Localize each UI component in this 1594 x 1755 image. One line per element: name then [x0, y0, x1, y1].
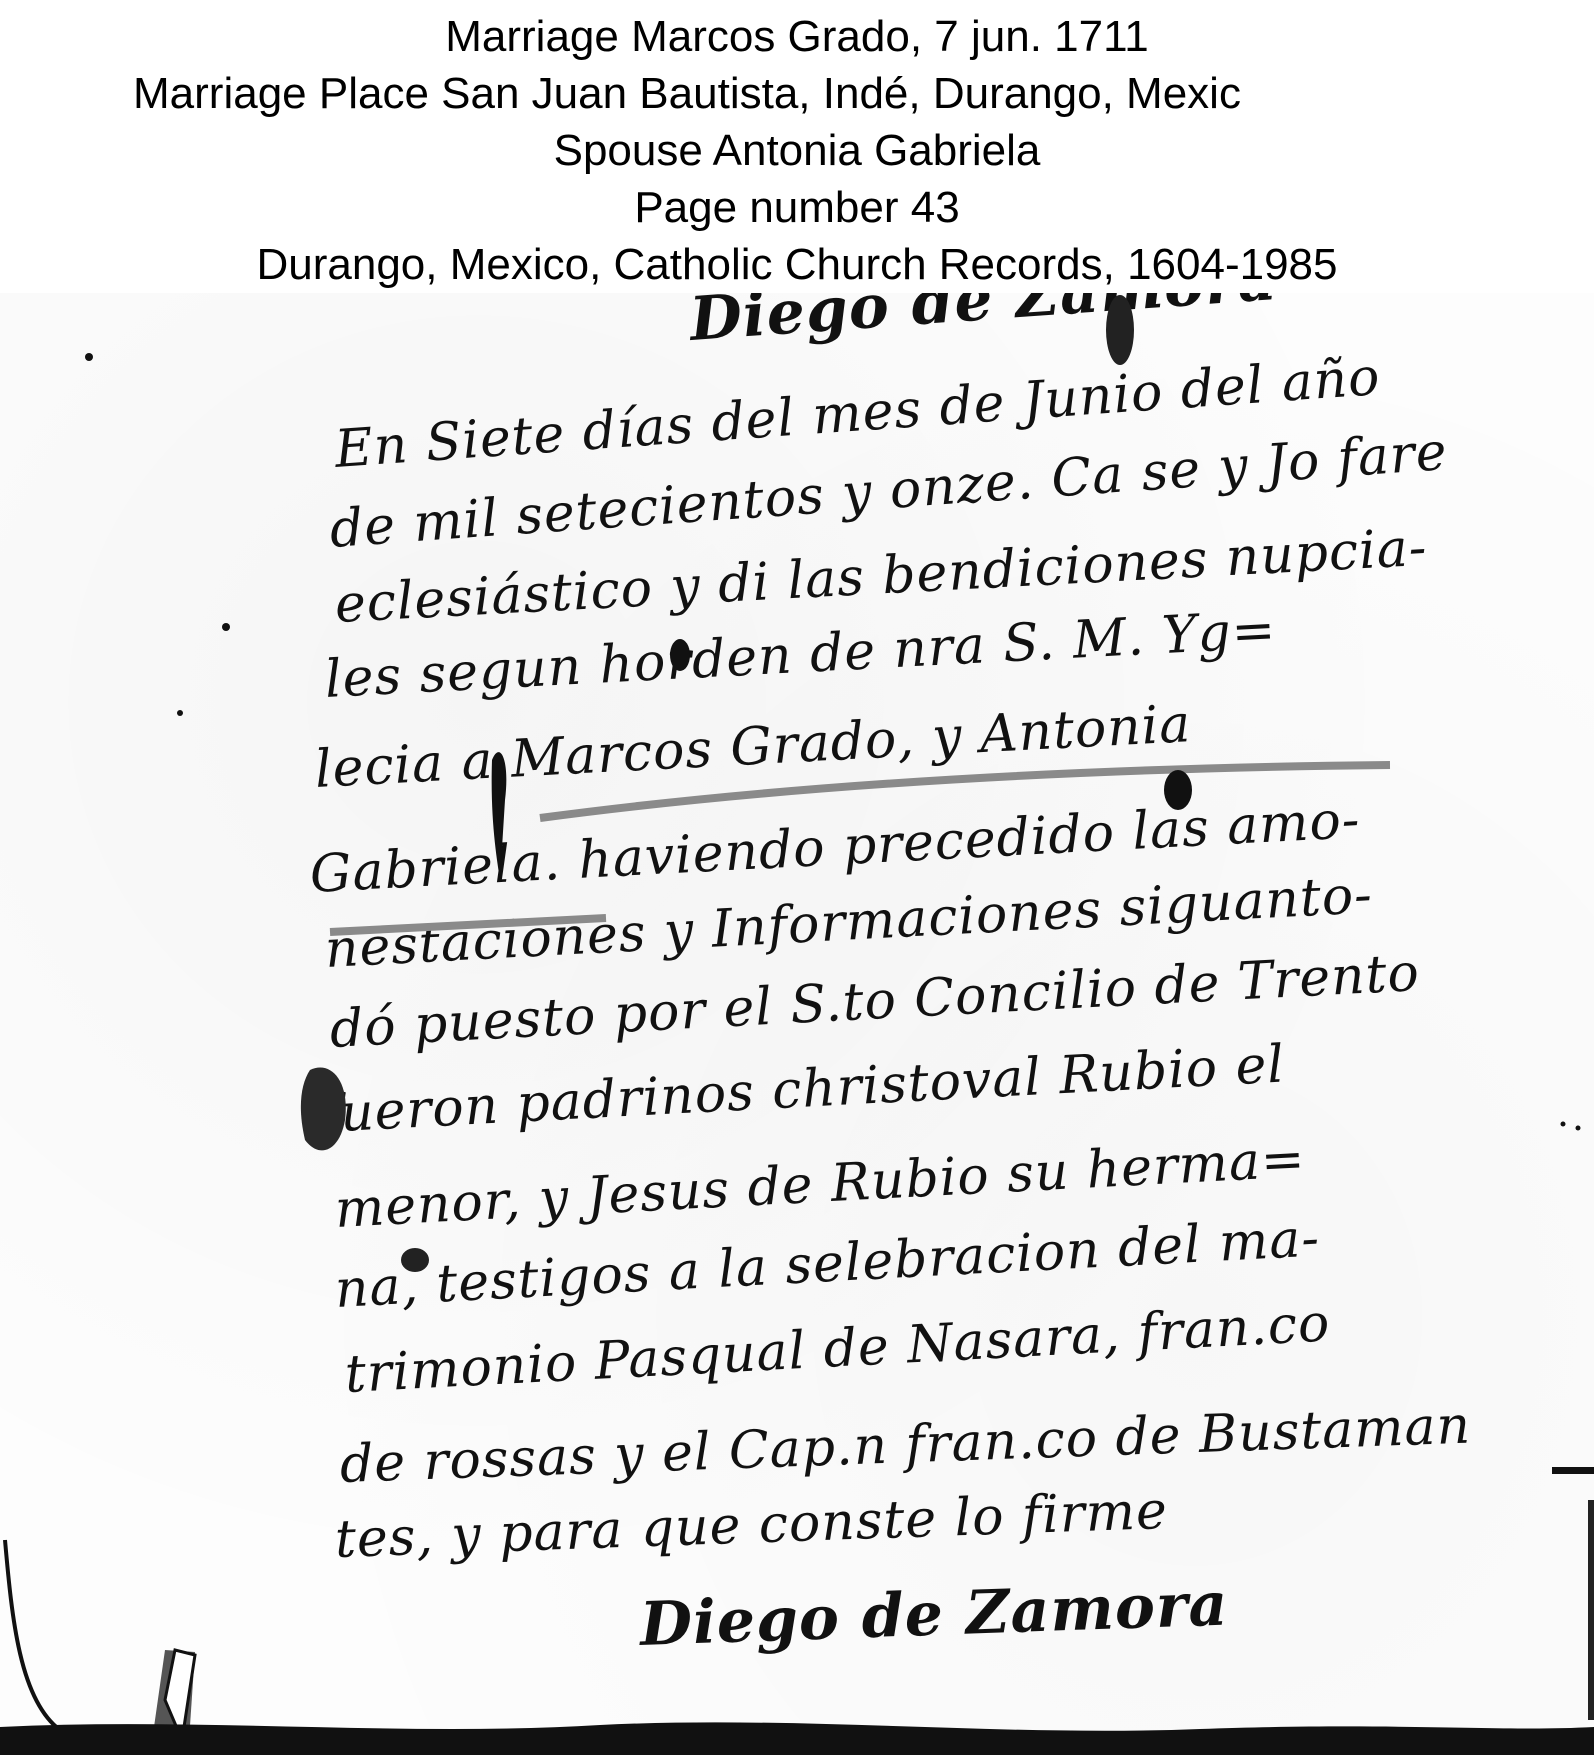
collection-name: Durango, Mexico, Catholic Church Records… [0, 236, 1594, 293]
record-title: Marriage Marcos Grado, 7 jun. 1711 [0, 8, 1594, 65]
record-header: Marriage Marcos Grado, 7 jun. 1711 Marri… [0, 0, 1594, 293]
marriage-place: Marriage Place San Juan Bautista, Indé, … [0, 65, 1594, 122]
page-number: Page number 43 [0, 179, 1594, 236]
spouse-name: Spouse Antonia Gabriela [0, 122, 1594, 179]
page-bottom-edge [0, 1707, 1594, 1755]
